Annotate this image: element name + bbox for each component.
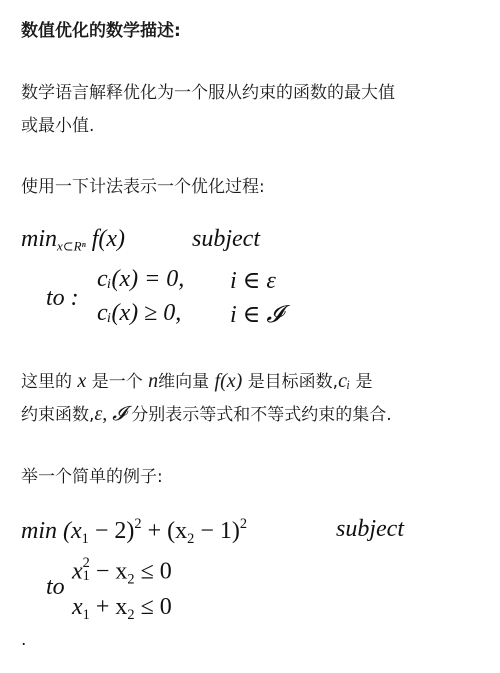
formula-2-to: to <box>46 574 65 601</box>
formula-1-constraint-2-set: i ∈ 𝓘 <box>230 300 283 329</box>
heading: 数值优化的数学描述: <box>21 16 181 41</box>
example-intro: 举一个简单的例子: <box>21 462 163 487</box>
explain-line-1: 这里的 x 是一个 n维向量 f(x) 是目标函数,cᵢ 是 <box>21 367 373 393</box>
formula-1-constraint-1: cᵢ(x) = 0, <box>97 266 184 293</box>
formula-1-constraint-1-set: i ∈ ε <box>230 266 276 295</box>
trailing-period: . <box>21 630 26 650</box>
formula-2-objective: min (x1 − 2)2 + (x2 − 1)2 <box>21 516 247 548</box>
formula-1-subject: subject <box>192 226 260 253</box>
formula-1-to: to : <box>46 285 79 312</box>
formula-2-constraint-1: x21 − x2 ≤ 0 <box>72 557 172 589</box>
intro-line-1: 数学语言解释优化为一个服从约束的函数的最大值 <box>21 78 395 103</box>
notation-intro: 使用一下计法表示一个优化过程: <box>21 172 265 197</box>
formula-2-subject: subject <box>336 516 404 543</box>
formula-1-constraint-2: cᵢ(x) ≥ 0, <box>97 300 181 327</box>
formula-2-constraint-2: x1 + x2 ≤ 0 <box>72 594 172 624</box>
intro-line-2: 或最小值. <box>21 111 94 136</box>
explain-line-2: 约束函数,ε, 𝓘 分别表示等式和不等式约束的集合. <box>21 400 392 426</box>
formula-1-objective: minx⊂Rⁿ f(x) <box>21 226 125 255</box>
